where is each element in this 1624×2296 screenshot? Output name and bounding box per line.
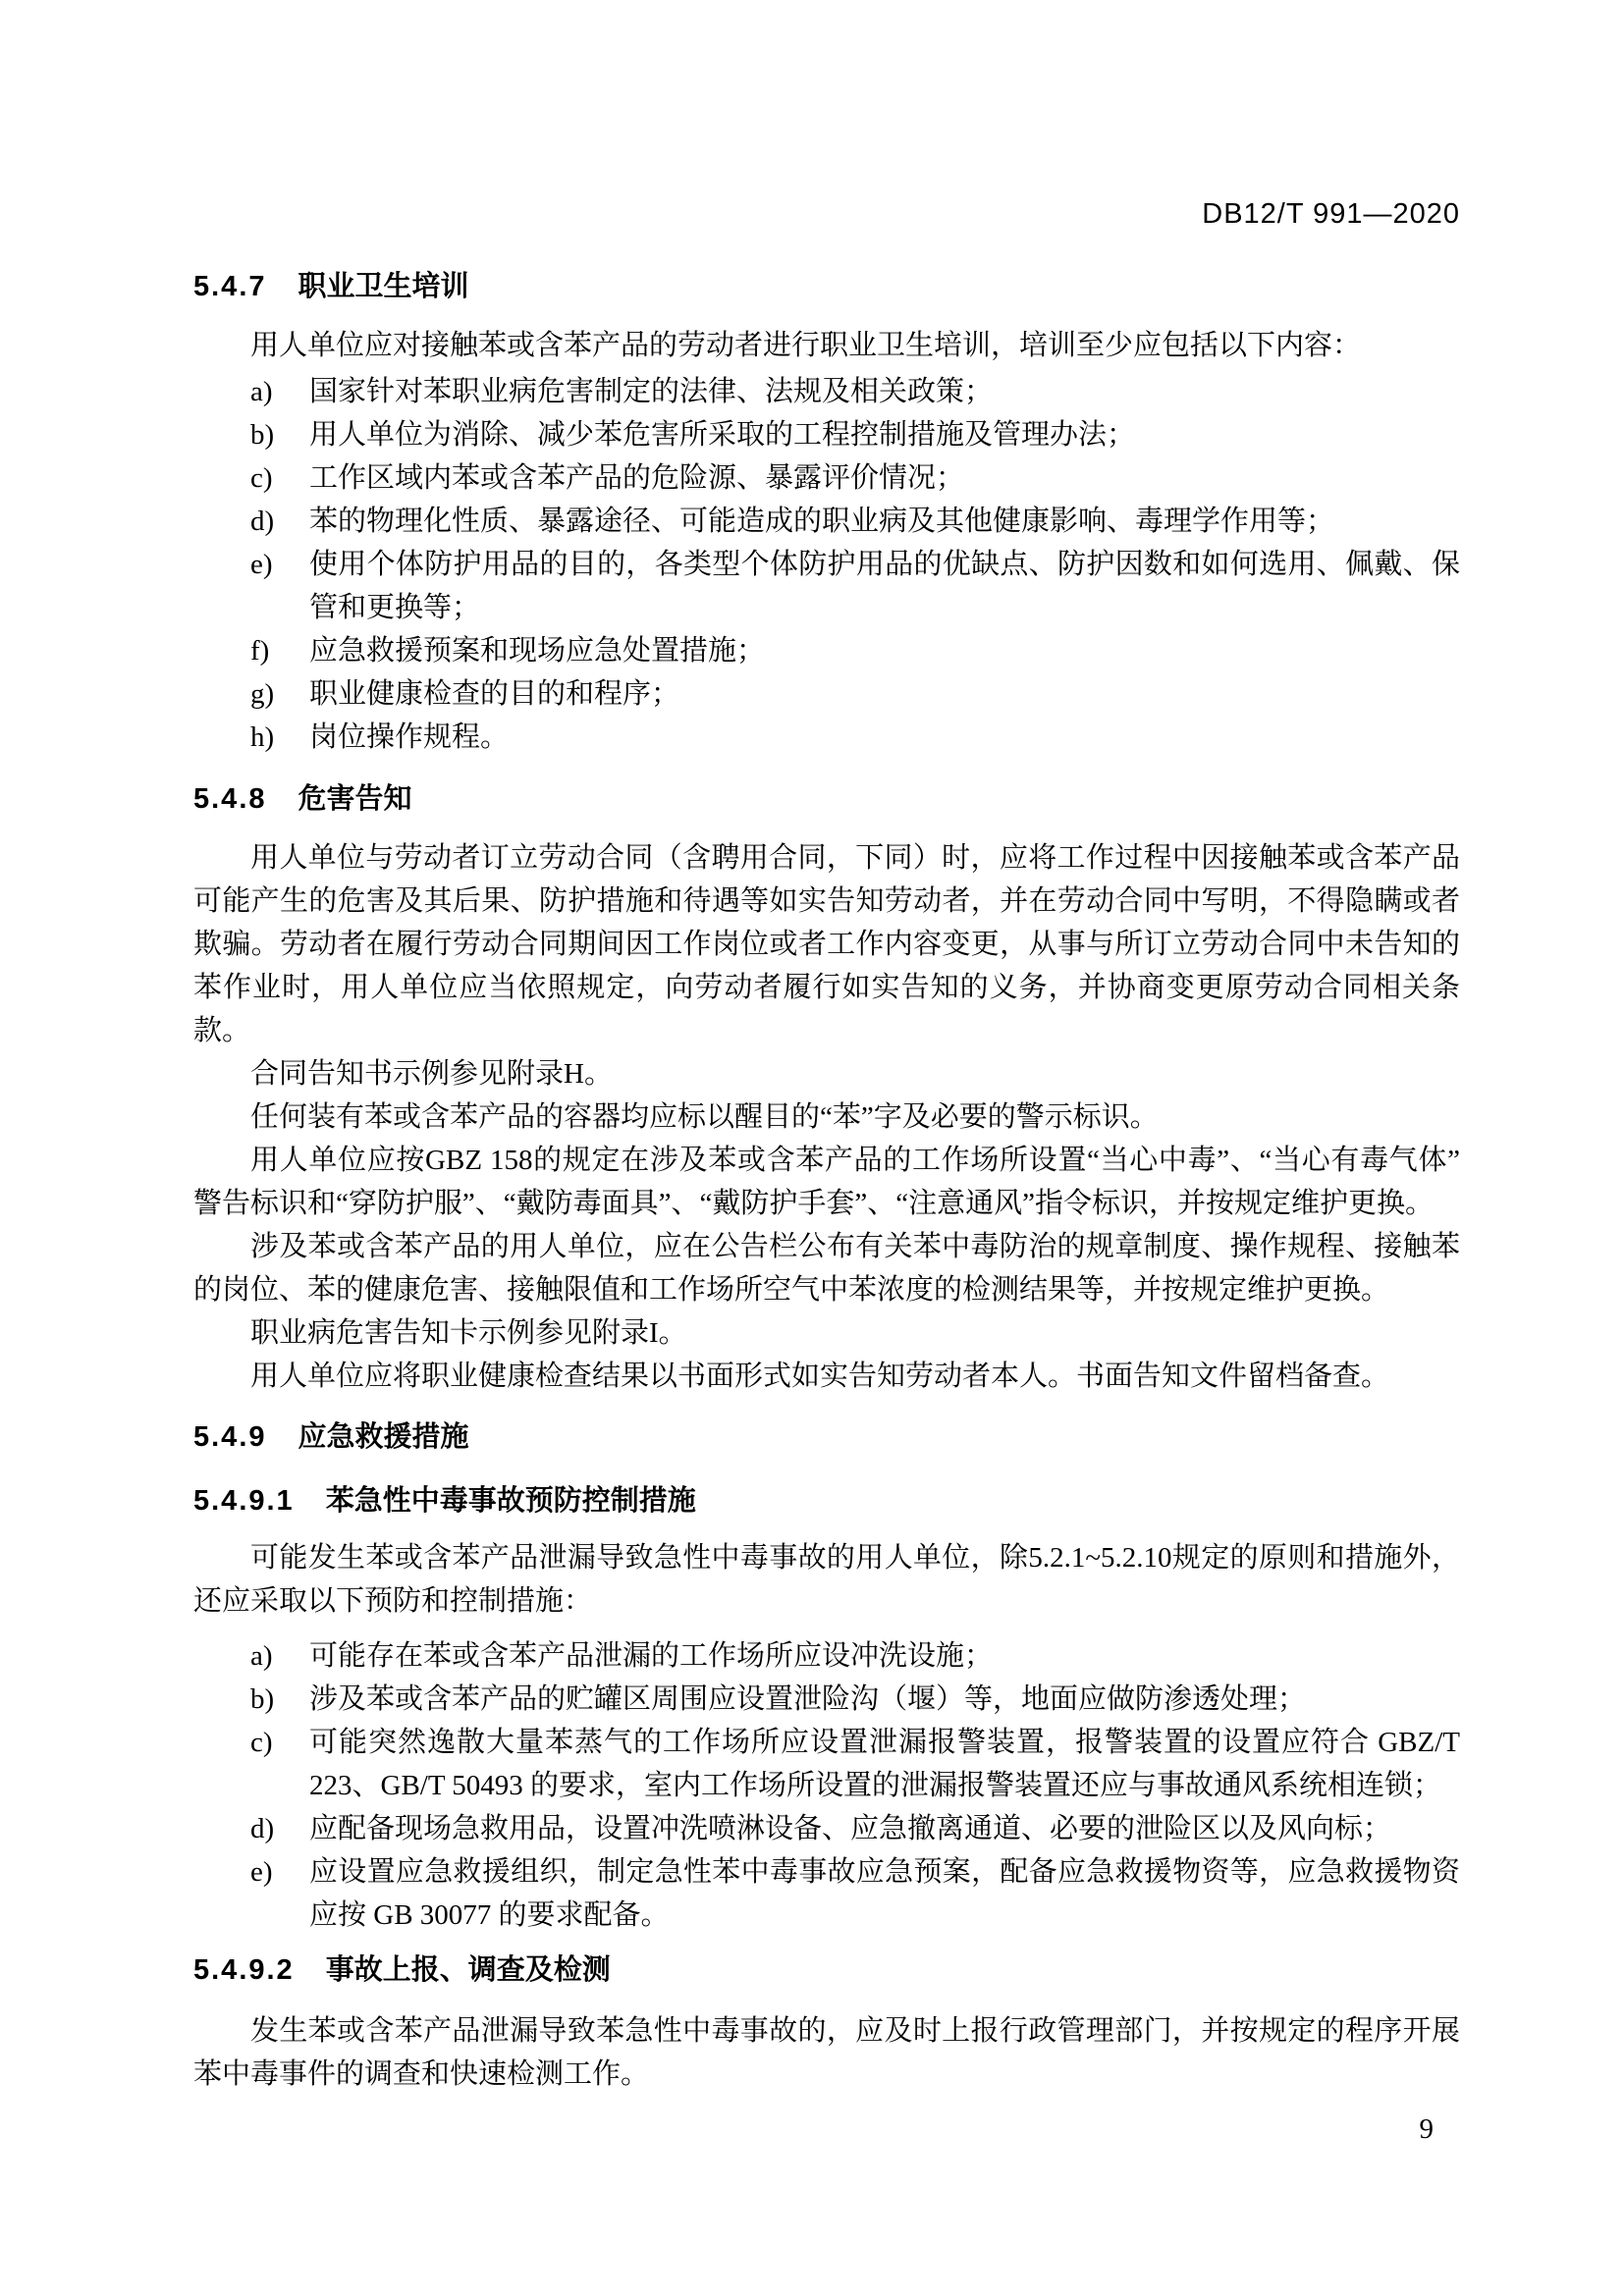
heading-5-4-7: 5.4.7职业卫生培训 bbox=[193, 265, 1460, 308]
list-text: 应设置应急救援组织，制定急性苯中毒事故应急预案，配备应急救援物资等，应急救援物资… bbox=[309, 1856, 1460, 1931]
list-item: g) 职业健康检查的目的和程序； bbox=[193, 672, 1460, 716]
heading-5-4-9-2: 5.4.9.2事故上报、调查及检测 bbox=[193, 1949, 1460, 1992]
list-text: 用人单位为消除、减少苯危害所采取的工程控制措施及管理办法； bbox=[309, 419, 1135, 451]
clause-title: 事故上报、调查及检测 bbox=[326, 1954, 611, 1986]
list-marker: h) bbox=[250, 716, 274, 759]
page-number: 9 bbox=[1420, 2113, 1435, 2145]
document-page: DB12/T 991—2020 5.4.7职业卫生培训 用人单位应对接触苯或含苯… bbox=[0, 0, 1624, 2296]
list-item: c) 工作区域内苯或含苯产品的危险源、暴露评价情况； bbox=[193, 456, 1460, 500]
list-marker: c) bbox=[250, 456, 273, 500]
list-item: b) 涉及苯或含苯产品的贮罐区周围应设置泄险沟（堰）等，地面应做防渗透处理； bbox=[193, 1678, 1460, 1721]
list-marker: b) bbox=[250, 413, 274, 456]
list-text: 可能突然逸散大量苯蒸气的工作场所应设置泄漏报警装置，报警装置的设置应符合 GBZ… bbox=[309, 1727, 1460, 1801]
list-item: c) 可能突然逸散大量苯蒸气的工作场所应设置泄漏报警装置，报警装置的设置应符合 … bbox=[193, 1721, 1460, 1807]
list-marker: a) bbox=[250, 1634, 273, 1678]
list-marker: e) bbox=[250, 543, 273, 586]
paragraph-548: 用人单位与劳动者订立劳动合同（含聘用合同，下同）时，应将工作过程中因接触苯或含苯… bbox=[193, 836, 1460, 1052]
list-marker: e) bbox=[250, 1850, 273, 1894]
clause-title: 危害告知 bbox=[298, 783, 412, 815]
list-item: d) 应配备现场急救用品，设置冲洗喷淋设备、应急撤离通道、必要的泄险区以及风向标… bbox=[193, 1807, 1460, 1850]
list-item: h) 岗位操作规程。 bbox=[193, 716, 1460, 759]
list-marker: b) bbox=[250, 1678, 274, 1721]
clause-number: 5.4.9.1 bbox=[193, 1485, 295, 1517]
heading-5-4-9-1: 5.4.9.1苯急性中毒事故预防控制措施 bbox=[193, 1479, 1460, 1522]
list-item: e) 应设置应急救援组织，制定急性苯中毒事故应急预案，配备应急救援物资等，应急救… bbox=[193, 1850, 1460, 1937]
list-text: 应配备现场急救用品，设置冲洗喷淋设备、应急撤离通道、必要的泄险区以及风向标； bbox=[309, 1813, 1391, 1844]
paragraph-548: 职业病危害告知卡示例参见附录I。 bbox=[193, 1311, 1460, 1355]
list-item: f) 应急救援预案和现场应急处置措施； bbox=[193, 629, 1460, 672]
list-item: a) 可能存在苯或含苯产品泄漏的工作场所应设冲洗设施； bbox=[193, 1634, 1460, 1678]
list-marker: g) bbox=[250, 672, 274, 716]
list-text: 工作区域内苯或含苯产品的危险源、暴露评价情况； bbox=[309, 462, 964, 494]
list-marker: f) bbox=[250, 629, 269, 672]
list-item: d) 苯的物理化性质、暴露途径、可能造成的职业病及其他健康影响、毒理学作用等； bbox=[193, 500, 1460, 543]
clause-title: 苯急性中毒事故预防控制措施 bbox=[326, 1485, 696, 1517]
list-marker: d) bbox=[250, 1807, 274, 1850]
page-footer: 9 bbox=[193, 2108, 1460, 2151]
paragraph-548: 用人单位应按GBZ 158的规定在涉及苯或含苯产品的工作场所设置“当心中毒”、“… bbox=[193, 1139, 1460, 1225]
heading-5-4-8: 5.4.8危害告知 bbox=[193, 777, 1460, 821]
paragraph-547-intro: 用人单位应对接触苯或含苯产品的劳动者进行职业卫生培训，培训至少应包括以下内容： bbox=[193, 324, 1460, 367]
paragraph-548: 用人单位应将职业健康检查结果以书面形式如实告知劳动者本人。书面告知文件留档备查。 bbox=[193, 1355, 1460, 1398]
paragraph-5491-intro: 可能发生苯或含苯产品泄漏导致急性中毒事故的用人单位，除5.2.1~5.2.10规… bbox=[193, 1536, 1460, 1623]
list-marker: d) bbox=[250, 500, 274, 543]
list-text: 职业健康检查的目的和程序； bbox=[309, 678, 679, 710]
list-item: e) 使用个体防护用品的目的，各类型个体防护用品的优缺点、防护因数和如何选用、佩… bbox=[193, 543, 1460, 629]
page-content: DB12/T 991—2020 5.4.7职业卫生培训 用人单位应对接触苯或含苯… bbox=[193, 0, 1460, 2151]
paragraph-548: 合同告知书示例参见附录H。 bbox=[193, 1052, 1460, 1095]
list-text: 应急救援预案和现场应急处置措施； bbox=[309, 635, 765, 667]
list-item: a) 国家针对苯职业病危害制定的法律、法规及相关政策； bbox=[193, 370, 1460, 413]
list-text: 苯的物理化性质、暴露途径、可能造成的职业病及其他健康影响、毒理学作用等； bbox=[309, 506, 1334, 537]
clause-title: 应急救援措施 bbox=[298, 1421, 469, 1453]
list-item: b) 用人单位为消除、减少苯危害所采取的工程控制措施及管理办法； bbox=[193, 413, 1460, 456]
clause-number: 5.4.8 bbox=[193, 783, 267, 815]
list-text: 使用个体防护用品的目的，各类型个体防护用品的优缺点、防护因数和如何选用、佩戴、保… bbox=[309, 549, 1460, 623]
list-text: 涉及苯或含苯产品的贮罐区周围应设置泄险沟（堰）等，地面应做防渗透处理； bbox=[309, 1683, 1306, 1715]
clause-number: 5.4.9 bbox=[193, 1421, 267, 1453]
list-text: 国家针对苯职业病危害制定的法律、法规及相关政策； bbox=[309, 376, 993, 407]
list-text: 岗位操作规程。 bbox=[309, 721, 509, 753]
list-marker: a) bbox=[250, 370, 273, 413]
heading-5-4-9: 5.4.9应急救援措施 bbox=[193, 1415, 1460, 1459]
clause-title: 职业卫生培训 bbox=[298, 271, 469, 302]
list-marker: c) bbox=[250, 1721, 273, 1764]
lettered-list-547: a) 国家针对苯职业病危害制定的法律、法规及相关政策； b) 用人单位为消除、减… bbox=[193, 370, 1460, 759]
paragraph-5492: 发生苯或含苯产品泄漏导致苯急性中毒事故的，应及时上报行政管理部门，并按规定的程序… bbox=[193, 2009, 1460, 2096]
list-text: 可能存在苯或含苯产品泄漏的工作场所应设冲洗设施； bbox=[309, 1640, 993, 1672]
clause-number: 5.4.9.2 bbox=[193, 1954, 295, 1986]
doc-code: DB12/T 991—2020 bbox=[1202, 198, 1460, 230]
paragraph-548: 涉及苯或含苯产品的用人单位，应在公告栏公布有关苯中毒防治的规章制度、操作规程、接… bbox=[193, 1225, 1460, 1311]
page-header: DB12/T 991—2020 bbox=[193, 192, 1460, 236]
clause-number: 5.4.7 bbox=[193, 271, 267, 302]
lettered-list-5491: a) 可能存在苯或含苯产品泄漏的工作场所应设冲洗设施； b) 涉及苯或含苯产品的… bbox=[193, 1634, 1460, 1937]
paragraph-548: 任何装有苯或含苯产品的容器均应标以醒目的“苯”字及必要的警示标识。 bbox=[193, 1095, 1460, 1139]
